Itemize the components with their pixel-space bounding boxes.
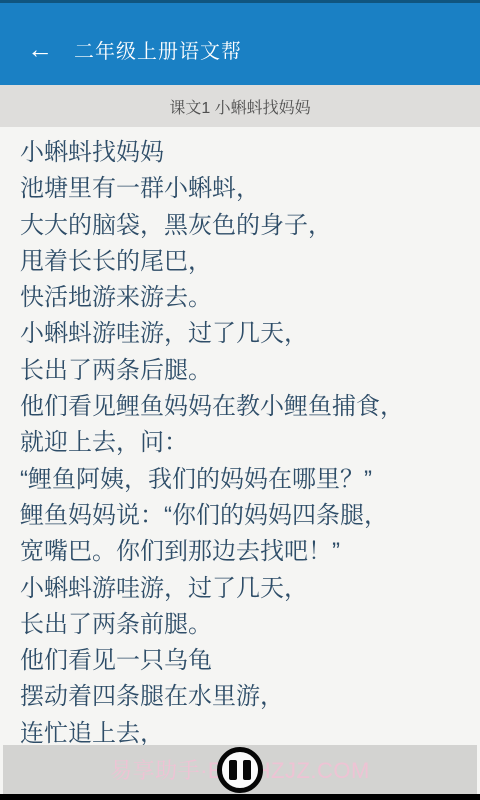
text-line: 他们看见鲤鱼妈妈在教小鲤鱼捕食， (20, 389, 466, 425)
app-screen: ← 二年级上册语文帮 课文1 小蝌蚪找妈妈 小蝌蚪找妈妈 池塘里有一群小蝌蚪， … (0, 0, 480, 800)
text-line: 甩着长长的尾巴， (20, 244, 466, 280)
text-line: 就迎上去，问： (20, 425, 466, 461)
pause-icon (229, 760, 237, 780)
text-line: 宽嘴巴。你们到那边去找吧！” (20, 534, 466, 570)
lesson-text-scroll-area[interactable]: 小蝌蚪找妈妈 池塘里有一群小蝌蚪， 大大的脑袋，黑灰色的身子， 甩着长长的尾巴，… (0, 127, 480, 745)
back-button[interactable]: ← (20, 29, 60, 69)
text-line: 连忙追上去， (20, 716, 466, 745)
pause-button[interactable] (217, 747, 263, 793)
back-arrow-icon: ← (27, 34, 53, 65)
app-bar: ← 二年级上册语文帮 (0, 0, 480, 85)
bottom-edge-strip (0, 794, 480, 800)
text-line: 小蝌蚪找妈妈 (20, 135, 466, 171)
text-line: 鲤鱼妈妈说：“你们的妈妈四条腿， (20, 498, 466, 534)
page-title: 二年级上册语文帮 (74, 35, 242, 64)
text-line: 长出了两条后腿。 (20, 353, 466, 389)
text-line: 大大的脑袋，黑灰色的身子， (20, 208, 466, 244)
text-line: “鲤鱼阿姨，我们的妈妈在哪里？” (20, 462, 466, 498)
pause-icon (243, 760, 251, 780)
text-line: 快活地游来游去。 (20, 280, 466, 316)
text-line: 小蝌蚪游哇游，过了几天， (20, 316, 466, 352)
text-line: 小蝌蚪游哇游，过了几天， (20, 571, 466, 607)
text-line: 长出了两条前腿。 (20, 607, 466, 643)
text-line: 摆动着四条腿在水里游， (20, 679, 466, 715)
text-line: 他们看见一只乌龟 (20, 643, 466, 679)
lesson-title: 课文1 小蝌蚪找妈妈 (169, 95, 310, 118)
lesson-header: 课文1 小蝌蚪找妈妈 (0, 85, 480, 127)
status-bar (0, 0, 480, 3)
text-line: 池塘里有一群小蝌蚪， (20, 171, 466, 207)
toolbar: ← 二年级上册语文帮 (0, 21, 480, 77)
audio-player-bar: 易享助手·EDSHZJZ.COM (3, 745, 477, 794)
